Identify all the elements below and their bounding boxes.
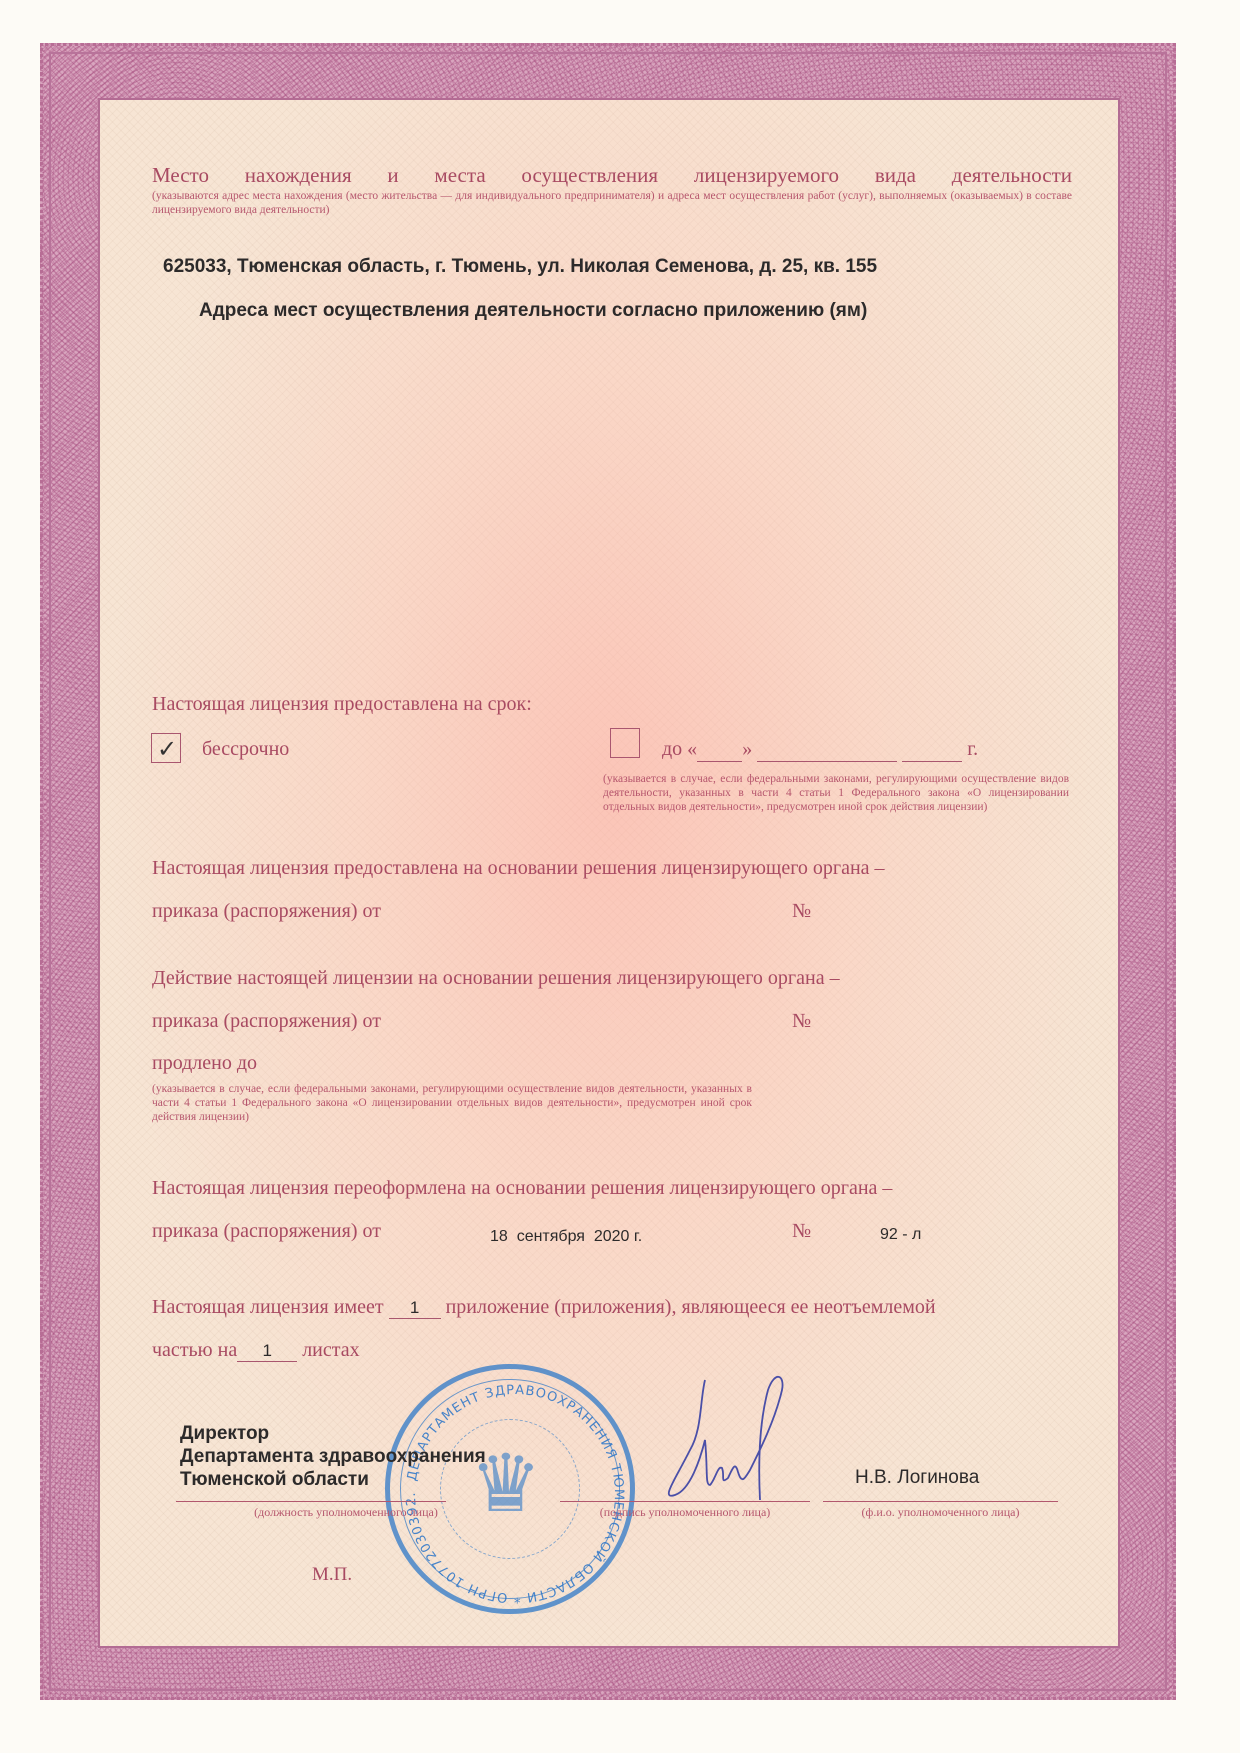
until-suffix: г.: [967, 738, 978, 760]
extended-until-label: продлено до: [152, 1052, 257, 1075]
extended-note: (указывается в случае, если федеральными…: [152, 1082, 752, 1124]
location-note: (указываются адрес места нахождения (мес…: [152, 189, 1072, 217]
appendix-prefix: Настоящая лицензия имеет: [152, 1296, 384, 1318]
until-date-checkbox[interactable]: [610, 728, 640, 758]
signature-line: [560, 1501, 810, 1502]
position-line-2: Департамента здравоохранения: [180, 1445, 486, 1468]
reissued-number: 92 - л: [880, 1226, 921, 1244]
signatory-name: Н.В. Логинова: [855, 1467, 979, 1489]
granted-number-label: №: [792, 900, 811, 923]
reissued-order-label: приказа (распоряжения) от: [152, 1220, 381, 1243]
extended-order-label: приказа (распоряжения) от: [152, 1010, 381, 1033]
granted-order-label: приказа (распоряжения) от: [152, 900, 381, 923]
caption-signature: (подпись уполномоченного лица): [560, 1505, 810, 1520]
location-heading: Место нахождения и места осуществления л…: [152, 163, 1072, 188]
extended-number-label: №: [792, 1010, 811, 1033]
granted-heading: Настоящая лицензия предоставлена на осно…: [152, 857, 885, 880]
checkmark-icon: ✓: [157, 735, 177, 763]
sheets-prefix: частью на: [152, 1339, 237, 1361]
until-mid: »: [742, 738, 752, 760]
until-prefix: до «: [662, 738, 697, 760]
handwritten-signature: [650, 1360, 820, 1510]
caption-position: (должность уполномоченного лица): [176, 1505, 516, 1520]
reissued-date: 18 сентября 2020 г.: [490, 1228, 642, 1246]
until-day-blank: [697, 738, 742, 762]
sheets-suffix: листах: [302, 1339, 359, 1361]
appendix-line: Настоящая лицензия имеет 1 приложение (п…: [152, 1296, 936, 1319]
until-date-field: до « » г.: [662, 738, 978, 762]
until-month-blank: [757, 738, 897, 762]
sheets-line: частью на1 листах: [152, 1339, 360, 1362]
extended-heading: Действие настоящей лицензии на основании…: [152, 967, 840, 990]
position-line: [176, 1501, 446, 1502]
activity-addresses-value: Адреса мест осуществления деятельности с…: [199, 300, 867, 322]
signatory-position: Директор Департамента здравоохранения Тю…: [180, 1422, 486, 1491]
appendix-count: 1: [389, 1298, 441, 1319]
name-line: [823, 1501, 1058, 1502]
term-heading: Настоящая лицензия предоставлена на срок…: [152, 693, 532, 716]
reissued-number-label: №: [792, 1220, 811, 1243]
position-line-1: Директор: [180, 1422, 486, 1445]
until-note: (указывается в случае, если федеральными…: [603, 772, 1069, 814]
address-value: 625033, Тюменская область, г. Тюмень, ул…: [163, 256, 877, 278]
appendix-middle: приложение (приложения), являющееся ее н…: [446, 1296, 936, 1318]
sheets-count: 1: [237, 1341, 297, 1362]
position-line-3: Тюменской области: [180, 1468, 486, 1491]
reissued-heading: Настоящая лицензия переоформлена на осно…: [152, 1177, 892, 1200]
until-year-blank: [902, 738, 962, 762]
caption-name: (ф.и.о. уполномоченного лица): [823, 1505, 1058, 1520]
seal-place-label: М.П.: [312, 1564, 352, 1586]
unlimited-label: бессрочно: [202, 738, 289, 761]
unlimited-checkbox[interactable]: ✓: [151, 733, 181, 763]
